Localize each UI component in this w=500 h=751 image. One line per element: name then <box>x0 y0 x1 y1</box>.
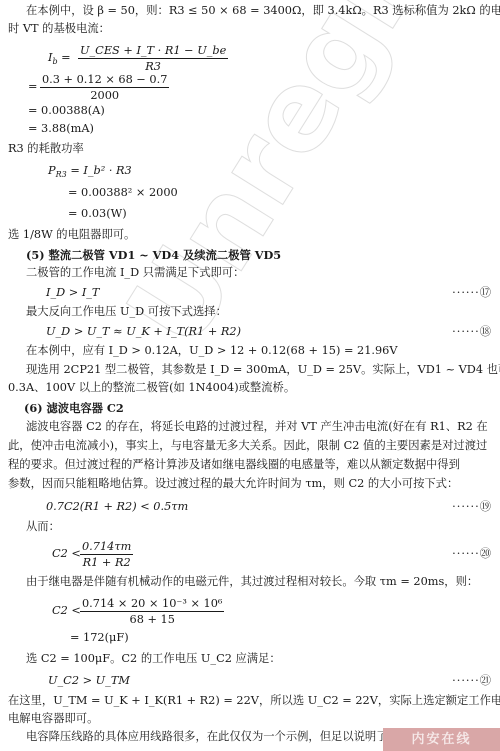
equation-18: U_D > U_T ≈ U_K + I_T(R1 + R2) <box>46 324 241 340</box>
equation-21: U_C2 > U_TM <box>48 673 130 689</box>
paragraph-line: 二极管的工作电流 I_D 只需满足下式即可： <box>26 265 244 281</box>
paragraph-line: 选 C2 = 100μF。C2 的工作电压 U_C2 应满足： <box>26 651 281 667</box>
paragraph-line: 程的要求。但过渡过程的严格计算涉及诸如继电器线圈的电感量等，难以从额定数据中得到 <box>8 457 460 473</box>
c2-calc-fraction: 0.714 × 20 × 10⁻³ × 10⁶ 68 + 15 <box>80 596 224 627</box>
fraction: U_CES + I_T · R1 − U_be R3 <box>78 43 228 74</box>
equation-17: I_D > I_T <box>46 285 99 301</box>
paragraph-line: 由于继电器是伴随有机械动作的电磁元件，其过渡过程相对较长。今取 τm = 20m… <box>26 574 478 590</box>
formula-lhs: Ib = <box>48 50 71 66</box>
formula-result: = 172(μF) <box>70 630 129 646</box>
site-logo: 内安在线 <box>383 728 500 751</box>
paragraph-line: 在本例中，应有 I_D > 0.12A，U_D > 12 + 0.12(68 +… <box>26 343 398 359</box>
formula-result: = 0.00388(A) <box>28 103 105 119</box>
paragraph-line: 滤波电容器 C2 的存在，将延长电路的过渡过程，并对 VT 产生冲击电流(好在有… <box>26 419 488 435</box>
equation-20-fraction: 0.714τm R1 + R2 <box>80 539 133 570</box>
formula-result: = 0.00388² × 2000 <box>68 185 178 201</box>
paragraph-line: 时 VT 的基极电流： <box>8 21 110 37</box>
paragraph-line: 在本例中，设 β = 50，则：R3 ≤ 50 × 68 = 3400Ω，即 3… <box>26 3 500 19</box>
paragraph-line: 参数，因而只能粗略地估算。设过渡过程的最大允许时间为 τm，则 C2 的大小可按… <box>8 476 458 492</box>
equation-number: ······⑰ <box>452 285 492 301</box>
equation-number: ······⑱ <box>452 324 492 340</box>
paragraph-line: 在这里，U_TM = U_K + I_K(R1 + R2) = 22V，所以选 … <box>8 693 500 709</box>
paragraph-line: 0.3A、100V 以上的整流二极管(如 1N4004)或整流桥。 <box>8 380 295 396</box>
c2-calc-lhs: C2 < <box>52 603 81 619</box>
paragraph-line: 从而： <box>26 519 60 535</box>
equation-20-lhs: C2 < <box>52 546 81 562</box>
fraction: 0.3 + 0.12 × 68 − 0.7 2000 <box>40 72 169 103</box>
paragraph-line: 电解电容器即可。 <box>8 711 98 727</box>
formula-result: = 3.88(mA) <box>28 121 94 137</box>
formula-pr3: PR3 = I_b² · R3 <box>48 163 132 179</box>
equation-number: ······⑲ <box>452 499 492 515</box>
section-heading-6: (6) 滤波电容器 C2 <box>24 400 124 416</box>
formula-result: = 0.03(W) <box>68 206 127 222</box>
paragraph-line: 此，使冲击电流减小)，事实上，与电容量无多大关系。因此，限制 C2 值的主要因素… <box>8 438 487 454</box>
section-heading-5: (5) 整流二极管 VD1 ~ VD4 及续流二极管 VD5 <box>26 247 281 263</box>
equation-19: 0.7C2(R1 + R2) < 0.5τm <box>46 499 188 515</box>
equation-number: ······㉑ <box>452 673 492 689</box>
paragraph-line: 选 1/8W 的电阻器即可。 <box>8 227 135 243</box>
paragraph-line: R3 的耗散功率 <box>8 141 84 157</box>
paragraph-line: 最大反向工作电压 U_D 可按下式选择： <box>26 304 227 320</box>
document-page: Unregistered 在本例中，设 β = 50，则：R3 ≤ 50 × 6… <box>0 0 500 751</box>
paragraph-line: 现选用 2CP21 型二极管，其参数是 I_D = 300mA，U_D = 25… <box>26 362 500 378</box>
equation-number: ······⑳ <box>452 546 492 562</box>
